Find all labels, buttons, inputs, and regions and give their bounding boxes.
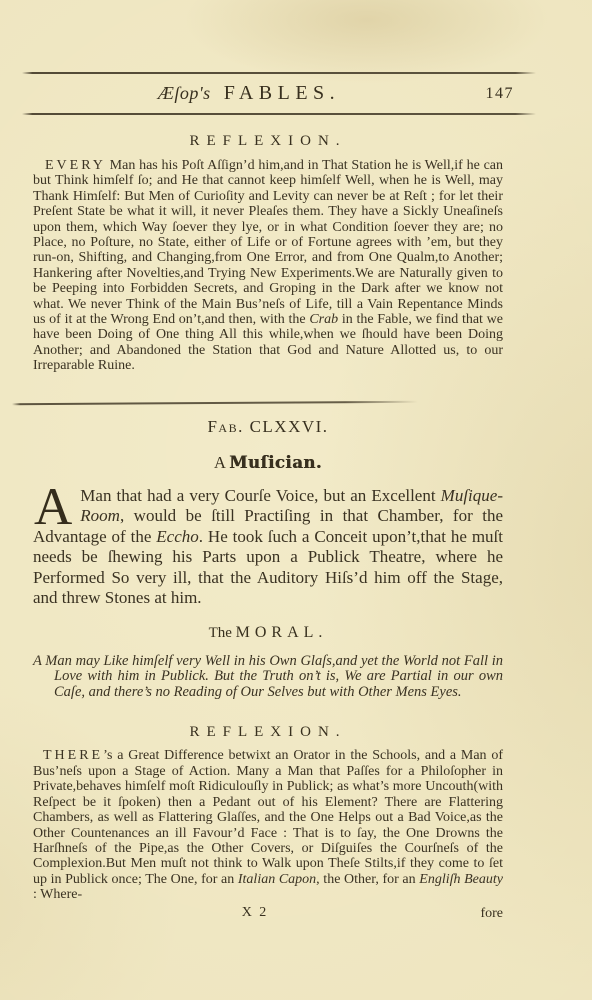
catchword: fore xyxy=(480,906,503,921)
text-segment: Eccho xyxy=(156,527,198,546)
text-segment: : Where- xyxy=(33,887,82,902)
text-segment: Man that had a very Courſe Voice, but an… xyxy=(80,486,440,505)
running-title: Æſop's FABLES. xyxy=(158,86,340,103)
running-title-book: FABLES. xyxy=(224,82,340,104)
page-number: 147 xyxy=(486,83,515,105)
text-segment: Fab. xyxy=(207,417,243,436)
fable-title-heading: A Muſician. xyxy=(33,453,503,473)
page-header: Æſop's FABLES. 147 xyxy=(22,72,536,115)
reflexion-heading-2: REFLEXION. xyxy=(33,724,503,741)
text-segment: Crab xyxy=(309,312,338,327)
drop-cap-letter: A xyxy=(34,487,72,527)
text-column: REFLEXION. EVERY Man has his Poſt Aſſign… xyxy=(33,113,503,920)
text-segment: ’s a Great Difference betwixt an Orator … xyxy=(33,748,503,886)
text-segment: , the Other, for an xyxy=(316,872,419,887)
fable-paragraph-text: Man that had a very Courſe Voice, but an… xyxy=(33,486,503,608)
text-segment: A Man may Like himſelf very Well in his … xyxy=(33,653,503,700)
text-segment: THERE xyxy=(43,748,103,763)
running-title-author: Æſop's xyxy=(158,83,211,103)
section-divider-rule xyxy=(12,400,418,404)
reflexion-paragraph-1: EVERY Man has his Poſt Aſſign’d him,and … xyxy=(33,158,503,374)
text-segment: Muſician. xyxy=(229,453,322,472)
moral-heading: The MORAL. xyxy=(33,624,503,642)
reflexion-paragraph-2: THERE’s a Great Difference betwixt an Or… xyxy=(33,748,503,902)
signature-mark: X 2 xyxy=(20,905,490,920)
text-segment: Engliſh Beauty xyxy=(419,872,503,887)
running-head-row: Æſop's FABLES. 147 xyxy=(22,74,536,113)
text-segment: Italian Capon xyxy=(238,872,316,887)
moral-paragraph: A Man may Like himſelf very Well in his … xyxy=(33,654,503,701)
text-segment: CLXXVI. xyxy=(244,417,329,436)
text-segment: A xyxy=(214,453,229,472)
text-segment: The xyxy=(209,625,236,641)
fable-paragraph: AMan that had a very Courſe Voice, but a… xyxy=(33,486,503,609)
reflexion-heading-1: REFLEXION. xyxy=(33,133,503,150)
page-footer: X 2 fore xyxy=(33,905,503,920)
book-page: Æſop's FABLES. 147 REFLEXION. EVERY Man … xyxy=(0,0,592,1000)
fable-number-heading: Fab. CLXXVI. xyxy=(33,417,503,437)
text-segment: MORAL. xyxy=(236,624,328,641)
text-segment: EVERY xyxy=(45,158,106,173)
text-segment: Man has his Poſt Aſſign’d him,and in Tha… xyxy=(33,158,503,327)
